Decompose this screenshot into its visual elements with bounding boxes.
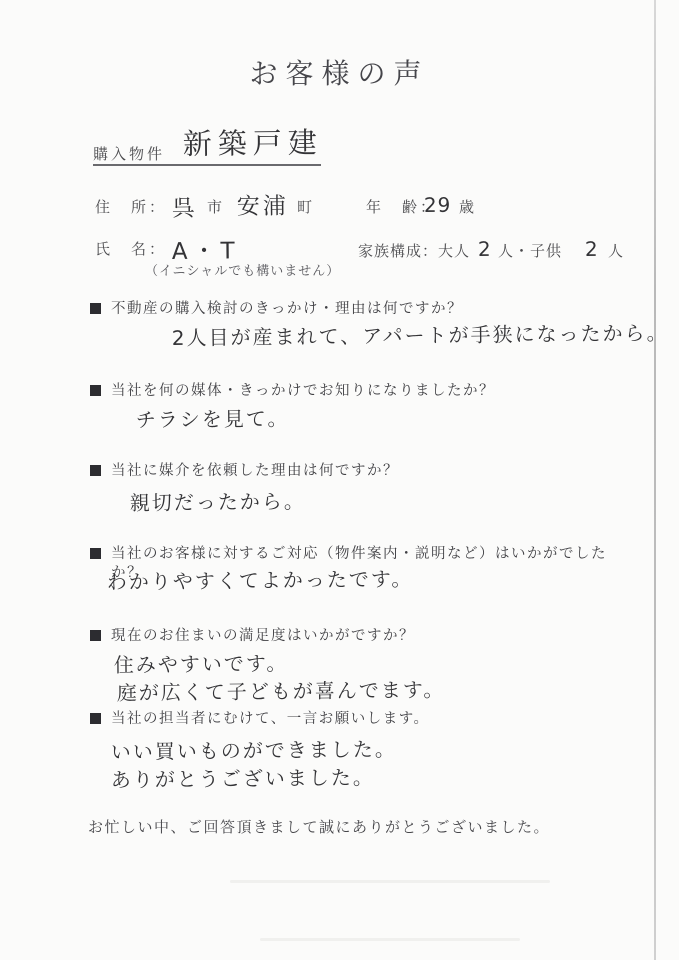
address-town-unit: 町 (297, 196, 314, 217)
question-text: 当社の担当者にむけて、一言お願いします。 (111, 710, 430, 729)
age-unit: 歳 (459, 196, 476, 217)
name-label: 氏 名： (95, 238, 167, 259)
family-unit: 人 (608, 240, 624, 261)
bullet-square-icon (90, 303, 101, 314)
question-3: 当社に媒介を依頼した理由は何ですか？ (90, 462, 610, 481)
closing-message: お忙しい中、ご回答頂きまして誠にありがとうございました。 (88, 816, 550, 837)
address-label: 住 所： (95, 196, 167, 217)
family-label-children: 人・子供 (498, 240, 562, 261)
answer-4-handwritten: わかりやすくてよかったです。 (107, 563, 414, 595)
answer-5-line2-handwritten: 庭が広くて子どもが喜んでます。 (117, 674, 446, 706)
question-text: 当社に媒介を依頼した理由は何ですか？ (111, 462, 399, 481)
bullet-square-icon (90, 465, 101, 476)
scan-smudge (230, 880, 550, 883)
bullet-square-icon (90, 385, 101, 396)
answer-5-line1-handwritten: 住みやすいです。 (114, 647, 289, 678)
family-adults-handwritten: 2 (478, 237, 492, 261)
question-6: 当社の担当者にむけて、一言お願いします。 (90, 710, 610, 729)
bullet-square-icon (90, 713, 101, 724)
answer-6-line1-handwritten: いい買いものができました。 (111, 733, 397, 765)
answer-6-line2-handwritten: ありがとうございました。 (111, 761, 375, 793)
name-note: （イニシャルでも構いません） (145, 260, 340, 279)
page-title: お客様の声 (0, 52, 679, 92)
question-text: 現在のお住まいの満足度はいかがですか？ (111, 627, 415, 646)
family-label-adults: 家族構成：大人 (358, 240, 470, 261)
question-text: 不動産の購入検討のきっかけ・理由は何ですか？ (111, 300, 463, 319)
answer-2-handwritten: チラシを見て。 (136, 402, 290, 433)
question-5: 現在のお住まいの満足度はいかがですか？ (90, 627, 610, 646)
property-underline (93, 140, 321, 166)
bullet-square-icon (90, 630, 101, 641)
scan-edge-line (654, 0, 656, 960)
question-2: 当社を何の媒体・きっかけでお知りになりましたか？ (90, 382, 610, 401)
answer-3-handwritten: 親切だったから。 (130, 485, 306, 516)
address-city-handwritten: 呉 (172, 190, 198, 223)
age-value-handwritten: 29 (424, 193, 452, 217)
question-text: 当社を何の媒体・きっかけでお知りになりましたか？ (111, 382, 495, 401)
family-children-handwritten: 2 (585, 237, 599, 261)
address-city-unit: 市 (207, 196, 224, 217)
bullet-square-icon (90, 548, 101, 559)
scan-smudge (260, 938, 520, 941)
address-town-handwritten: 安浦 (237, 187, 289, 221)
answer-1-handwritten: 2人目が産まれて、アパートが手狭になったから。 (172, 317, 669, 351)
question-1: 不動産の購入検討のきっかけ・理由は何ですか？ (90, 300, 610, 319)
